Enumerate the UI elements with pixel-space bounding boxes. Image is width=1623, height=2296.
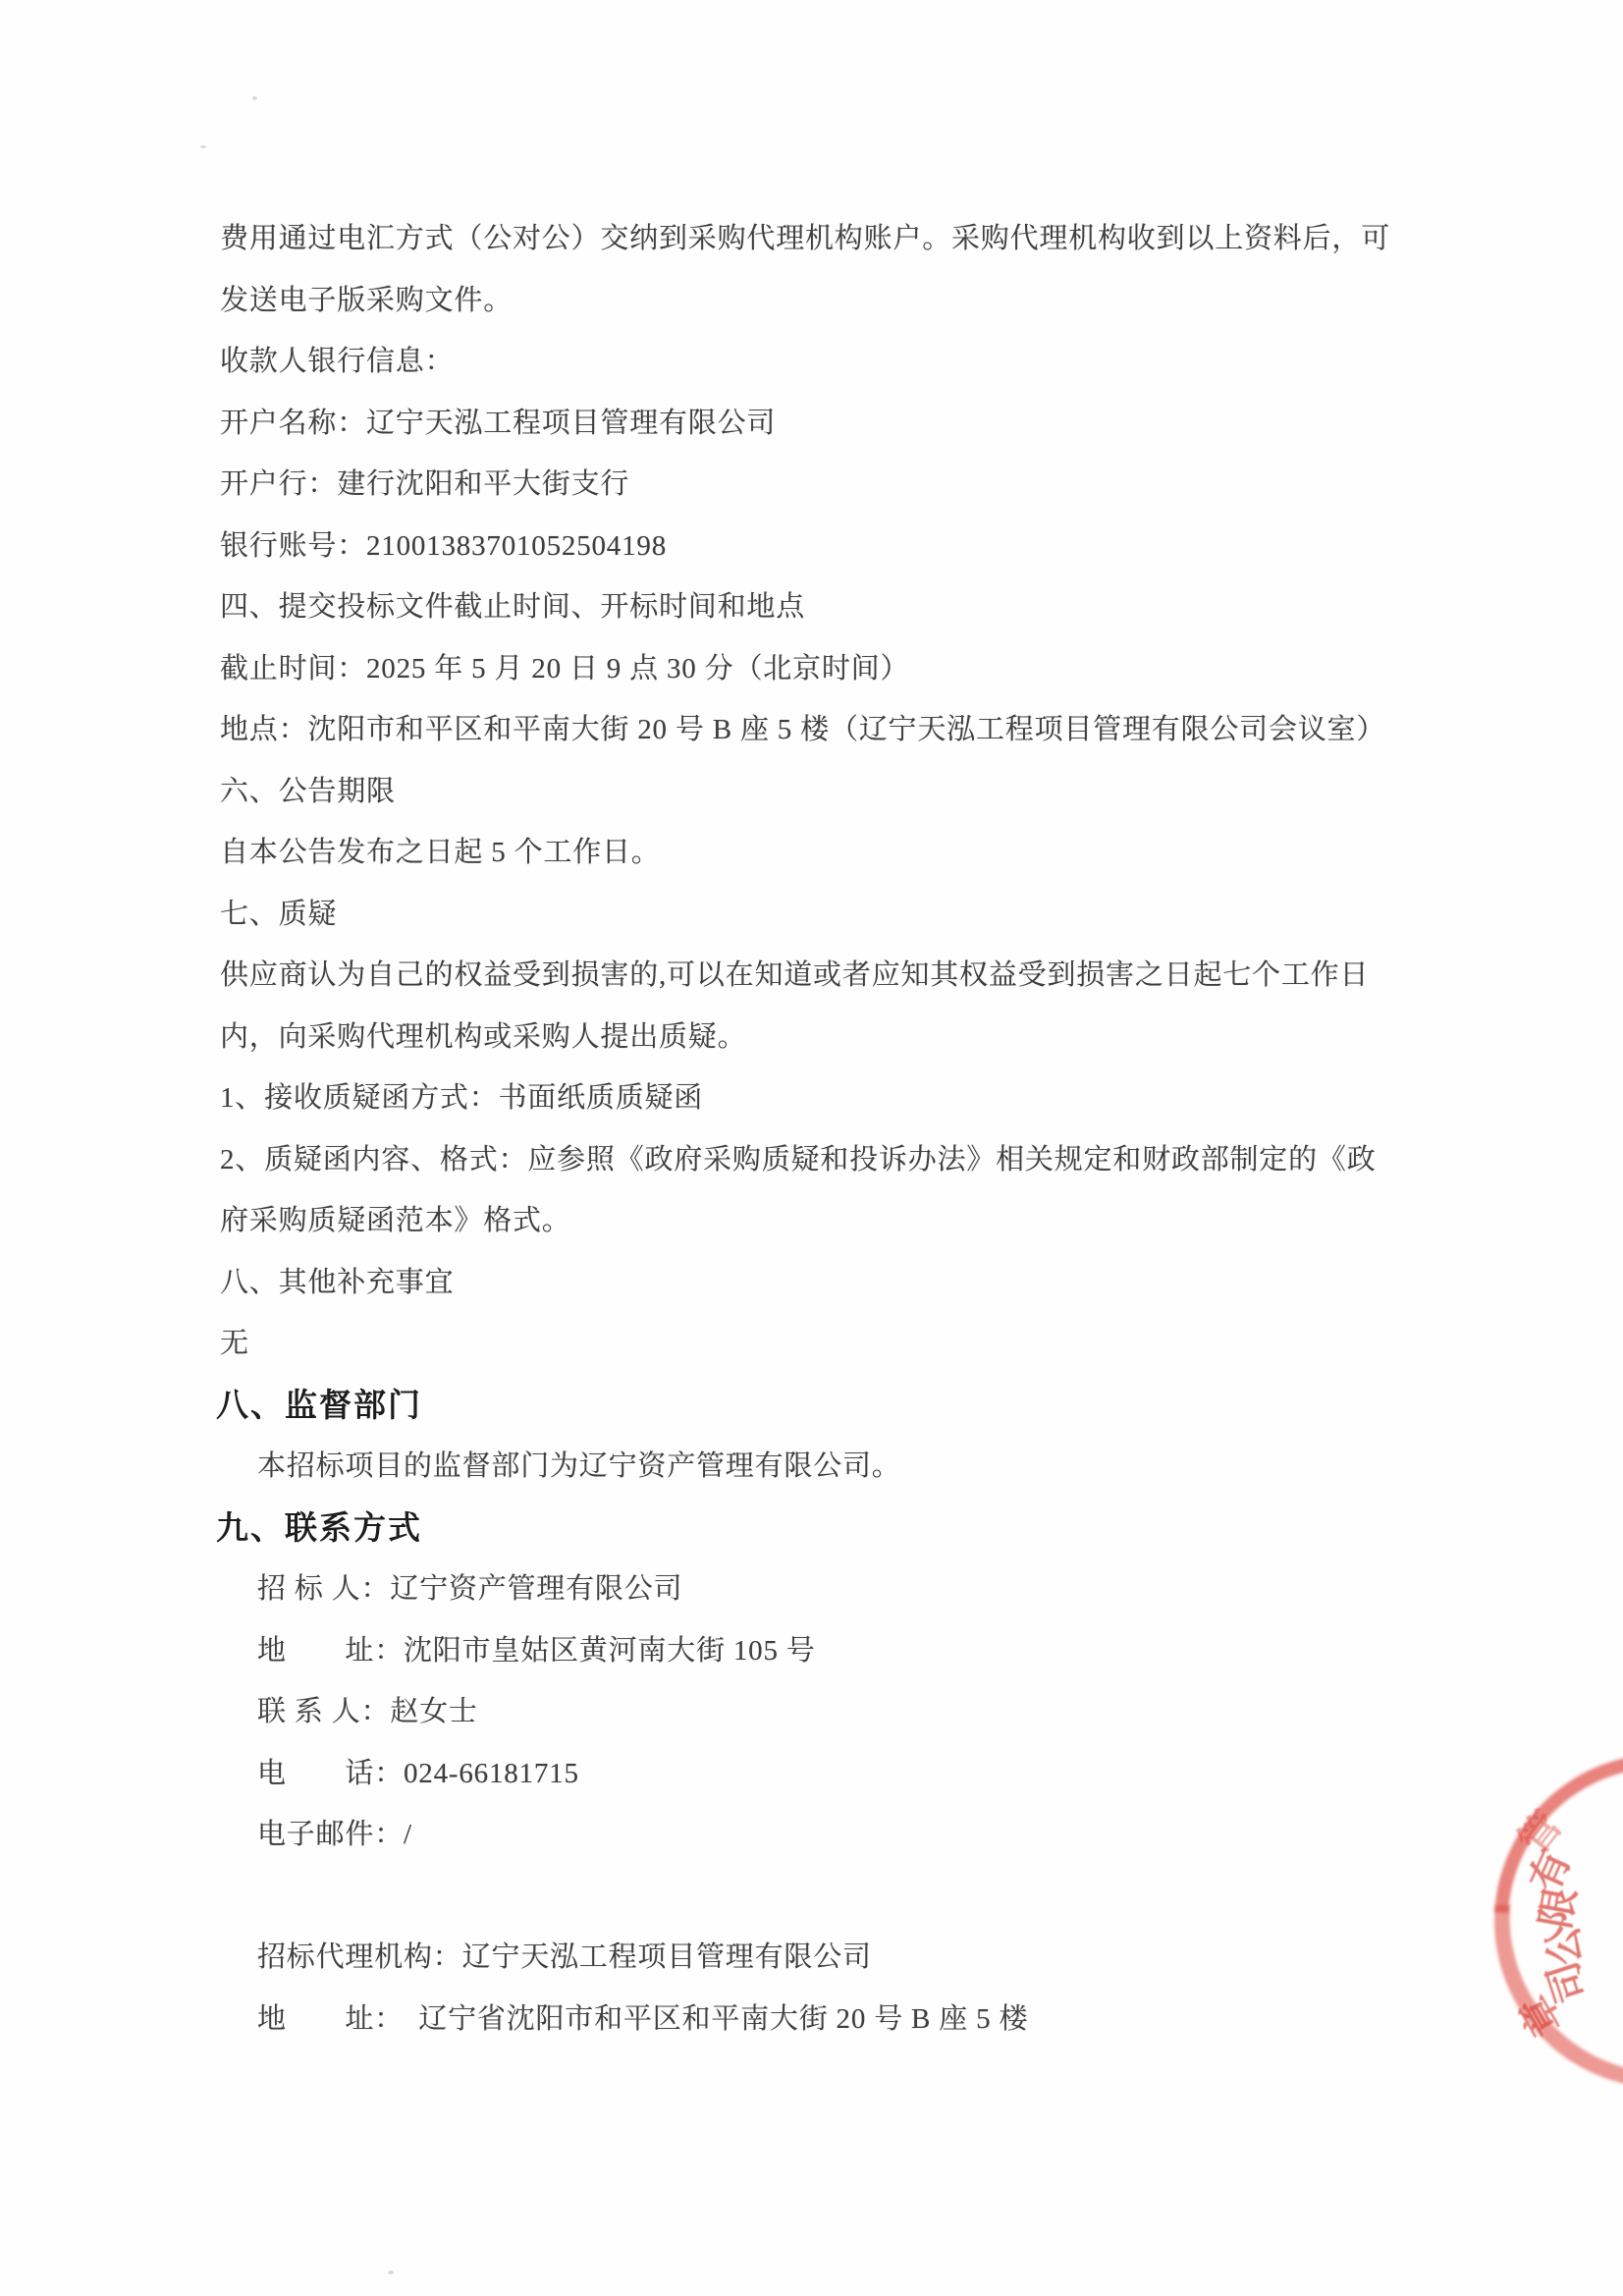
document-line: 开户行：建行沈阳和平大街支行 xyxy=(220,454,1623,516)
document-line xyxy=(220,1866,1623,1928)
document-line: 银行账号：21001383701052504198 xyxy=(220,516,1623,577)
document-line: 招标代理机构：辽宁天泓工程项目管理有限公司 xyxy=(220,1927,1623,1989)
document-line: 截止时间：2025 年 5 月 20 日 9 点 30 分（北京时间） xyxy=(220,638,1623,700)
document-line: 联 系 人：赵女士 xyxy=(220,1681,1623,1743)
document-page: 费用通过电汇方式（公对公）交纳到采购代理机构账户。采购代理机构收到以上资料后，可… xyxy=(0,0,1623,2296)
document-line: 开户名称：辽宁天泓工程项目管理有限公司 xyxy=(220,393,1623,455)
document-line: 发送电子版采购文件。 xyxy=(220,270,1623,332)
document-line: 无 xyxy=(220,1313,1623,1375)
document-line: 内，向采购代理机构或采购人提出质疑。 xyxy=(220,1007,1623,1068)
document-line: 招 标 人：辽宁资产管理有限公司 xyxy=(220,1558,1623,1620)
document-line: 自本公告发布之日起 5 个工作日。 xyxy=(220,822,1623,884)
document-line: 收款人银行信息： xyxy=(220,331,1623,393)
document-line: 府采购质疑函范本》格式。 xyxy=(220,1190,1623,1252)
document-line: 1、接收质疑函方式：书面纸质质疑函 xyxy=(220,1067,1623,1129)
document-line: 2、质疑函内容、格式：应参照《政府采购质疑和投诉办法》相关规定和财政部制定的《政 xyxy=(220,1129,1623,1191)
document-line: 电 话：024-66181715 xyxy=(220,1743,1623,1805)
document-body: 费用通过电汇方式（公对公）交纳到采购代理机构账户。采购代理机构收到以上资料后，可… xyxy=(0,208,1623,2050)
document-line: 八、其他补充事宜 xyxy=(220,1252,1623,1314)
document-line: 六、公告期限 xyxy=(220,761,1623,823)
document-line: 七、质疑 xyxy=(220,884,1623,946)
document-line: 四、提交投标文件截止时间、开标时间和地点 xyxy=(220,576,1623,638)
section-heading: 九、联系方式 xyxy=(216,1498,1623,1559)
document-line: 供应商认为自己的权益受到损害的,可以在知道或者应知其权益受到损害之日起七个工作日 xyxy=(220,945,1623,1007)
scan-speck xyxy=(200,145,206,148)
document-line: 地点：沈阳市和平区和平南大街 20 号 B 座 5 楼（辽宁天泓工程项目管理有限… xyxy=(220,699,1623,761)
document-line: 地 址：沈阳市皇姑区黄河南大街 105 号 xyxy=(220,1620,1623,1682)
document-line: 地 址： 辽宁省沈阳市和平区和平南大街 20 号 B 座 5 楼 xyxy=(220,1989,1623,2050)
section-heading: 八、监督部门 xyxy=(216,1375,1623,1437)
scan-speck xyxy=(388,2270,394,2274)
document-line: 电子邮件：/ xyxy=(220,1804,1623,1866)
scan-speck xyxy=(252,96,257,100)
document-line: 费用通过电汇方式（公对公）交纳到采购代理机构账户。采购代理机构收到以上资料后，可 xyxy=(220,208,1623,270)
document-line: 本招标项目的监督部门为辽宁资产管理有限公司。 xyxy=(220,1436,1623,1498)
